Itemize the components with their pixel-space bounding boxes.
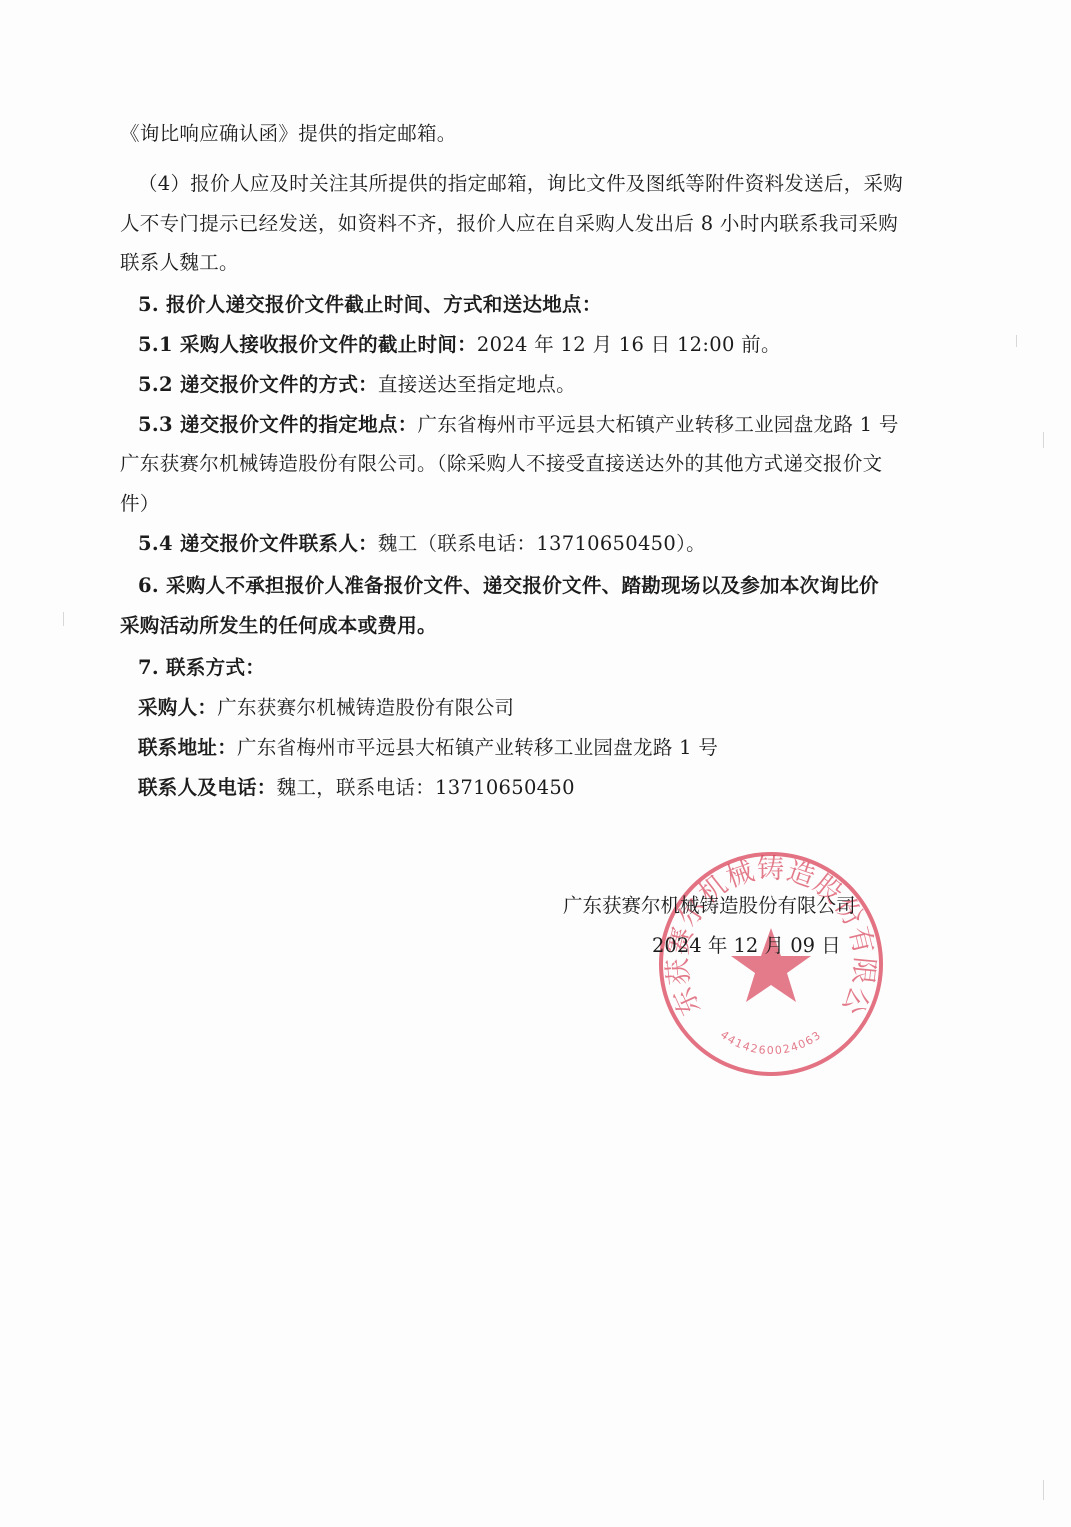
- section-5-3-line-2: 广东获赛尔机械铸造股份有限公司。（除采购人不接受直接送达外的其他方式递交报价文: [120, 448, 882, 476]
- contact-purchaser-label: 采购人：: [138, 696, 217, 719]
- paragraph-4-line-3: 联系人魏工。: [120, 247, 239, 275]
- section-5-heading: 5. 报价人递交报价文件截止时间、方式和送达地点：: [138, 289, 602, 317]
- svg-text:4414260024063: 4414260024063: [718, 1028, 824, 1057]
- section-7-heading: 7. 联系方式：: [138, 652, 265, 680]
- contact-purchaser-value: 广东获赛尔机械铸造股份有限公司: [217, 696, 514, 719]
- section-5-1: 5.1 采购人接收报价文件的截止时间：2024 年 12 月 16 日 12:0…: [138, 329, 781, 357]
- section-5-4-value: 魏工（联系电话：13710650450）。: [378, 532, 706, 555]
- contact-purchaser: 采购人：广东获赛尔机械铸造股份有限公司: [138, 692, 514, 720]
- scan-mark: [1016, 335, 1017, 347]
- section-5-3-line-3: 件）: [120, 488, 160, 516]
- section-5-1-value: 2024 年 12 月 16 日 12:00 前。: [477, 333, 781, 356]
- section-5-4-label: 5.4 递交报价文件联系人：: [138, 532, 378, 555]
- signature-company: 广东获赛尔机械铸造股份有限公司: [563, 890, 856, 918]
- contact-address-label: 联系地址：: [138, 736, 237, 759]
- section-5-2: 5.2 递交报价文件的方式：直接送达至指定地点。: [138, 369, 576, 397]
- paragraph-4-line-2: 人不专门提示已经发送，如资料不齐，报价人应在自采购人发出后 8 小时内联系我司采…: [120, 208, 898, 236]
- section-5-2-label: 5.2 递交报价文件的方式：: [138, 373, 378, 396]
- section-5-2-value: 直接送达至指定地点。: [378, 373, 576, 396]
- section-6-line-2: 采购活动所发生的任何成本或费用。: [120, 610, 437, 638]
- scan-mark: [63, 612, 64, 626]
- company-seal-icon: 广东获赛尔机械铸造股份有限公司 4414260024063: [655, 848, 887, 1080]
- signature-date: 2024 年 12 月 09 日: [652, 930, 841, 958]
- section-5-3-label: 5.3 递交报价文件的指定地点：: [138, 413, 418, 436]
- paragraph-4-line-1: （4）报价人应及时关注其所提供的指定邮箱，询比文件及图纸等附件资料发送后，采购: [138, 168, 903, 196]
- section-5-3-value: 广东省梅州市平远县大柘镇产业转移工业园盘龙路 1 号: [418, 413, 899, 436]
- scan-mark: [1043, 1480, 1044, 1500]
- document-page: 《询比响应确认函》提供的指定邮箱。 （4）报价人应及时关注其所提供的指定邮箱，询…: [0, 0, 1071, 1527]
- contact-person-label: 联系人及电话：: [138, 776, 277, 799]
- contact-person-phone: 联系人及电话：魏工，联系电话：13710650450: [138, 772, 575, 800]
- section-5-1-label: 5.1 采购人接收报价文件的截止时间：: [138, 333, 477, 356]
- contact-address: 联系地址：广东省梅州市平远县大柘镇产业转移工业园盘龙路 1 号: [138, 732, 718, 760]
- paragraph-email-note: 《询比响应确认函》提供的指定邮箱。: [120, 118, 457, 146]
- contact-person-value: 魏工，联系电话：13710650450: [277, 776, 575, 799]
- section-5-4: 5.4 递交报价文件联系人：魏工（联系电话：13710650450）。: [138, 528, 706, 556]
- contact-address-value: 广东省梅州市平远县大柘镇产业转移工业园盘龙路 1 号: [237, 736, 718, 759]
- scan-mark: [1043, 432, 1044, 448]
- section-6-line-1: 6. 采购人不承担报价人准备报价文件、递交报价文件、踏勘现场以及参加本次询比价: [138, 570, 879, 598]
- section-5-3: 5.3 递交报价文件的指定地点：广东省梅州市平远县大柘镇产业转移工业园盘龙路 1…: [138, 409, 899, 437]
